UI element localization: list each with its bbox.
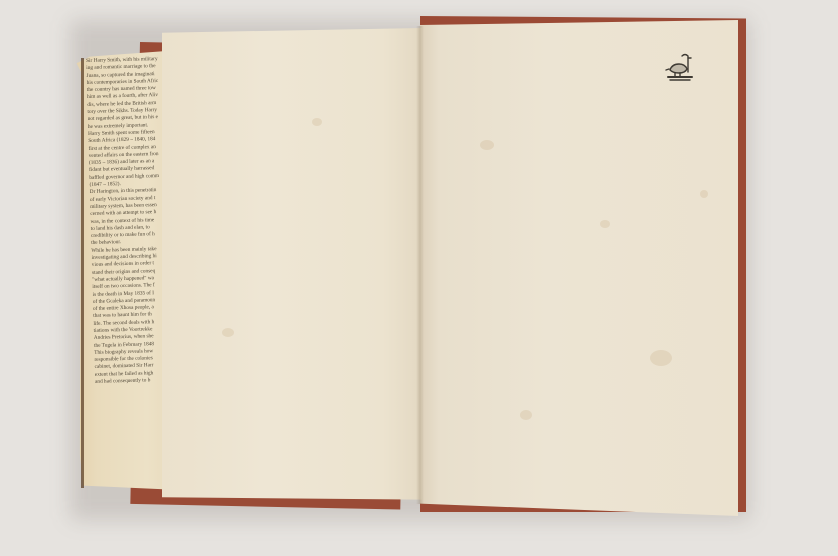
foxing-spot xyxy=(600,220,610,228)
foxing-spot xyxy=(700,190,708,198)
foxing-spot xyxy=(312,118,322,126)
foxing-spot xyxy=(520,410,532,420)
foxing-spot xyxy=(480,140,494,150)
bird-on-plinth-icon xyxy=(664,50,696,84)
book-gutter xyxy=(416,26,424,504)
foxing-spot xyxy=(222,328,234,337)
right-flyleaf-page xyxy=(420,20,738,516)
book-photo: Sir Harry Smith, with his militarying an… xyxy=(0,0,838,556)
flap-fold-edge xyxy=(81,58,84,488)
foxing-spot xyxy=(650,350,672,366)
left-flyleaf-page xyxy=(162,28,422,502)
